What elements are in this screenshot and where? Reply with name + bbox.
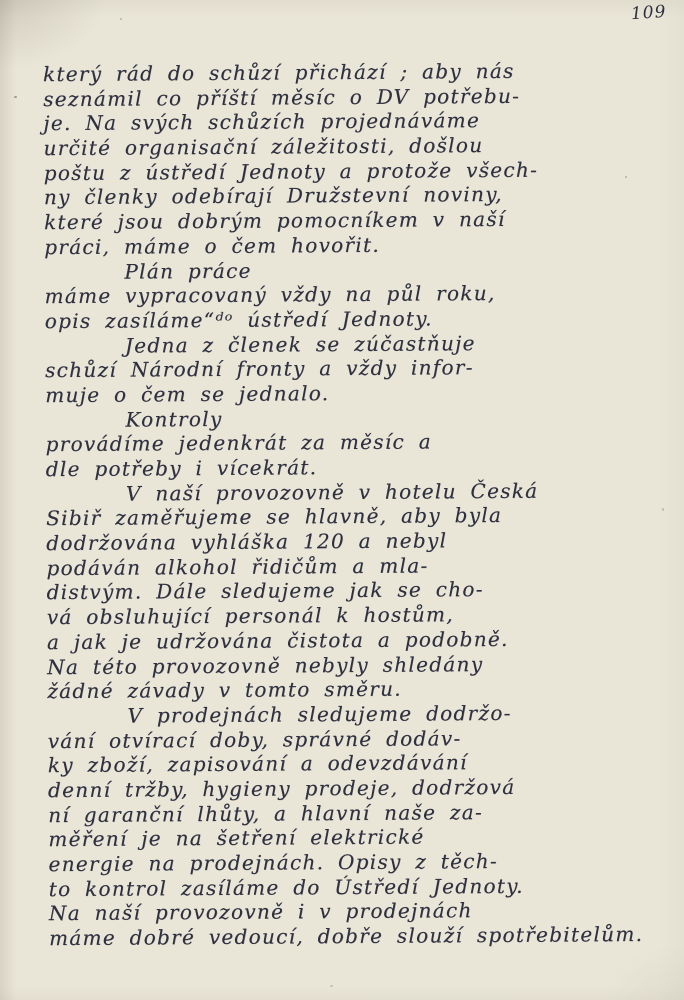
paper-speck <box>330 985 333 987</box>
paper-speck <box>662 508 664 511</box>
paper-speck <box>120 18 122 20</box>
page-number: 109 <box>630 2 667 24</box>
manuscript-page: 109 který rád do schůzí přichází ; aby n… <box>0 0 684 1000</box>
paper-speck <box>14 96 17 98</box>
manuscript-lines: který rád do schůzí přichází ; aby násse… <box>43 58 661 951</box>
manuscript-line: máme dobré vedoucí, dobře slouží spotřeb… <box>49 922 661 951</box>
